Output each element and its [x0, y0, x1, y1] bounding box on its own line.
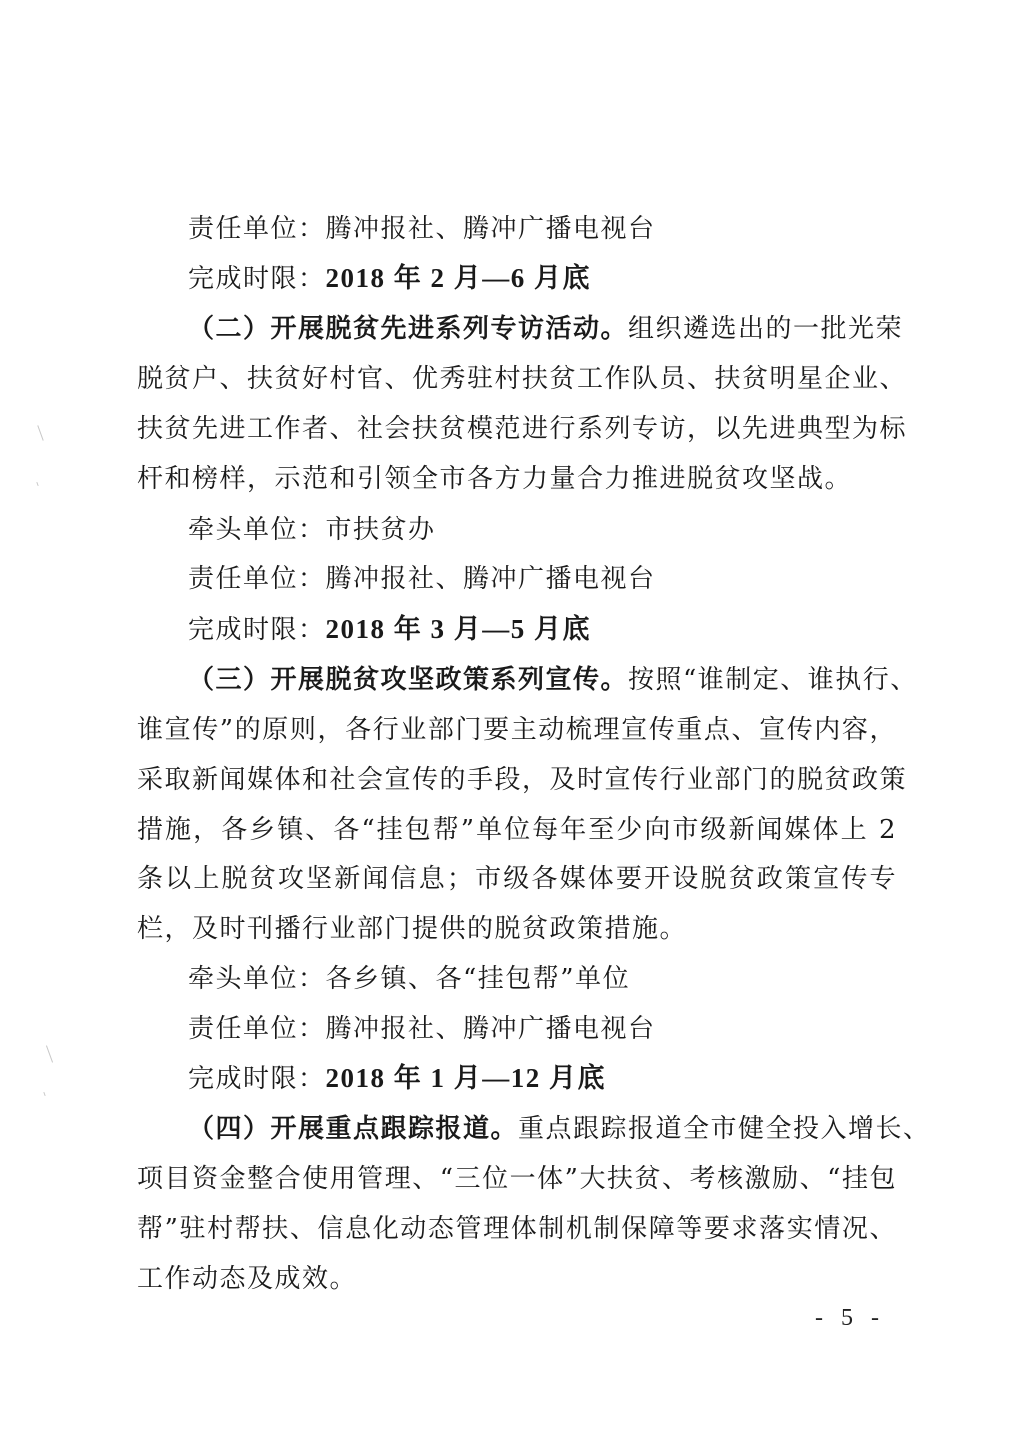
deadline-label: 完成时限：: [188, 264, 326, 294]
section-4-first-line: （四）开展重点跟踪报道。重点跟踪报道全市健全投入增长、: [188, 1112, 897, 1146]
section-3-body-line: 按照“谁制定、谁执行、: [628, 665, 918, 695]
responsible-unit-value: 腾冲报社、腾冲广播电视台: [326, 214, 656, 244]
deadline-line: 完成时限：2018 年 1 月—12 月底: [188, 1061, 948, 1096]
lead-unit-label: 牵头单位：: [188, 515, 326, 545]
section-3-body-line: 谁宣传”的原则，各行业部门要主动梳理宣传重点、宣传内容，: [137, 713, 897, 747]
section-2-body-line: 脱贫户、扶贫好村官、优秀驻村扶贫工作队员、扶贫明星企业、: [137, 362, 897, 396]
responsible-unit-value: 腾冲报社、腾冲广播电视台: [326, 564, 656, 594]
section-4-body-line: 工作动态及成效。: [137, 1262, 897, 1296]
section-2-body-line: 组织遴选出的一批光荣: [628, 314, 903, 344]
deadline-label: 完成时限：: [188, 1064, 326, 1094]
lead-unit-line: 牵头单位：各乡镇、各“挂包帮”单位: [188, 962, 948, 996]
lead-unit-value: 市扶贫办: [326, 515, 436, 545]
responsible-unit-line: 责任单位：腾冲报社、腾冲广播电视台: [188, 1012, 948, 1046]
section-2-body-line: 杆和榜样，示范和引领全市各方力量合力推进脱贫攻坚战。: [137, 462, 897, 496]
deadline-line: 完成时限：2018 年 3 月—5 月底: [188, 612, 948, 647]
section-3-heading: （三）开展脱贫攻坚政策系列宣传。: [188, 665, 628, 695]
responsible-unit-line: 责任单位：腾冲报社、腾冲广播电视台: [188, 212, 948, 246]
scan-mark: [36, 482, 38, 486]
section-2-heading: （二）开展脱贫先进系列专访活动。: [188, 314, 628, 344]
section-3-body-line: 采取新闻媒体和社会宣传的手段，及时宣传行业部门的脱贫政策: [137, 763, 897, 797]
section-3-first-line: （三）开展脱贫攻坚政策系列宣传。按照“谁制定、谁执行、: [188, 663, 897, 697]
section-4-body-line: 帮”驻村帮扶、信息化动态管理体制机制保障等要求落实情况、: [137, 1212, 897, 1246]
page-number: - 5 -: [815, 1305, 885, 1332]
deadline-value: 2018 年 2 月—6 月底: [326, 263, 592, 293]
document-page: 责任单位：腾冲报社、腾冲广播电视台 完成时限：2018 年 2 月—6 月底 （…: [0, 0, 1024, 1448]
section-2-first-line: （二）开展脱贫先进系列专访活动。组织遴选出的一批光荣: [188, 312, 897, 346]
section-4-body-line: 重点跟踪报道全市健全投入增长、: [518, 1114, 931, 1144]
deadline-value: 2018 年 1 月—12 月底: [326, 1063, 607, 1093]
responsible-unit-label: 责任单位：: [188, 214, 326, 244]
lead-unit-label: 牵头单位：: [188, 964, 326, 994]
responsible-unit-line: 责任单位：腾冲报社、腾冲广播电视台: [188, 562, 948, 596]
section-3-body-line: 条以上脱贫攻坚新闻信息；市级各媒体要开设脱贫政策宣传专: [137, 862, 897, 896]
section-3-body-line: 措施，各乡镇、各“挂包帮”单位每年至少向市级新闻媒体上 2: [137, 813, 897, 847]
lead-unit-line: 牵头单位：市扶贫办: [188, 513, 948, 547]
deadline-line: 完成时限：2018 年 2 月—6 月底: [188, 261, 948, 296]
lead-unit-value: 各乡镇、各“挂包帮”单位: [326, 964, 631, 994]
section-3-body-line: 栏，及时刊播行业部门提供的脱贫政策措施。: [137, 912, 897, 946]
responsible-unit-label: 责任单位：: [188, 1014, 326, 1044]
section-4-body-line: 项目资金整合使用管理、“三位一体”大扶贫、考核激励、“挂包: [137, 1162, 897, 1196]
deadline-value: 2018 年 3 月—5 月底: [326, 614, 592, 644]
responsible-unit-value: 腾冲报社、腾冲广播电视台: [326, 1014, 656, 1044]
section-2-body-line: 扶贫先进工作者、社会扶贫模范进行系列专访，以先进典型为标: [137, 412, 897, 446]
scan-mark: [37, 425, 43, 440]
deadline-label: 完成时限：: [188, 615, 326, 645]
scan-mark: [43, 1092, 45, 1096]
scan-mark: [46, 1045, 53, 1062]
responsible-unit-label: 责任单位：: [188, 564, 326, 594]
section-4-heading: （四）开展重点跟踪报道。: [188, 1114, 518, 1144]
